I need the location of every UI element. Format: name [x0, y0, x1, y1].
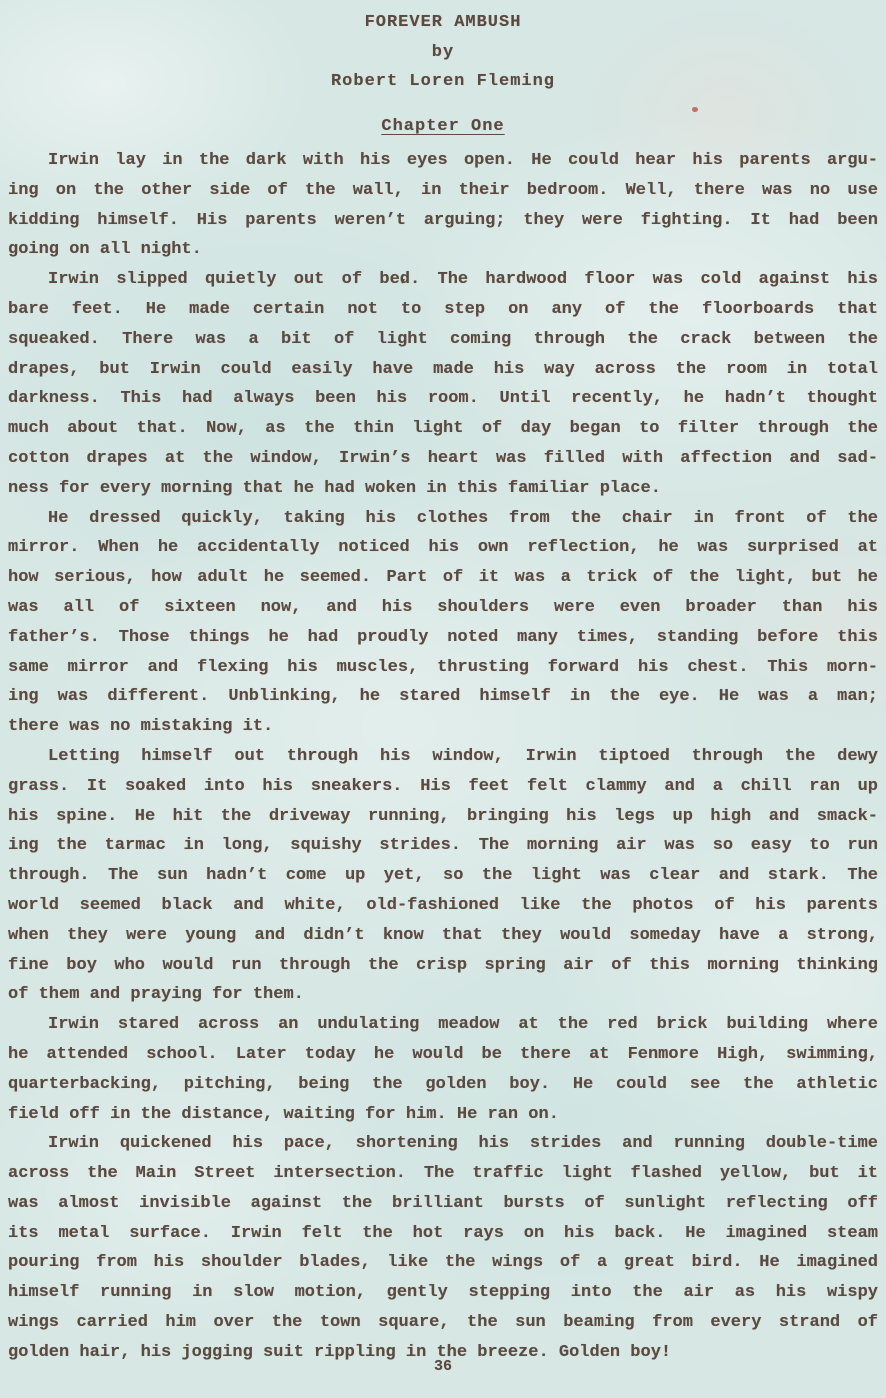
text-line: Irwin slipped quietly out of bed. The ha… — [8, 265, 878, 295]
page-number: 36 — [0, 1358, 886, 1375]
text-line: through. The sun hadn’t come up yet, so … — [8, 861, 878, 891]
title-block: FOREVER AMBUSH by Robert Loren Fleming — [0, 8, 886, 97]
text-line: Irwin stared across an undulating meadow… — [8, 1010, 878, 1040]
text-line: ness for every morning that he had woken… — [8, 474, 878, 504]
text-line: he attended school. Later today he would… — [8, 1040, 878, 1070]
text-line: squeaked. There was a bit of light comin… — [8, 325, 878, 355]
text-line: quarterbacking, pitching, being the gold… — [8, 1070, 878, 1100]
text-line: ing was different. Unblinking, he stared… — [8, 682, 878, 712]
text-line: father’s. Those things he had proudly no… — [8, 623, 878, 653]
text-line: darkness. This had always been his room.… — [8, 384, 878, 414]
text-line: was all of sixteen now, and his shoulder… — [8, 593, 878, 623]
text-line: much about that. Now, as the thin light … — [8, 414, 878, 444]
text-line: himself running in slow motion, gently s… — [8, 1278, 878, 1308]
text-line: was almost invisible against the brillia… — [8, 1189, 878, 1219]
text-line: wings carried him over the town square, … — [8, 1308, 878, 1338]
red-ink-speck — [691, 106, 698, 112]
author-name: Robert Loren Fleming — [0, 67, 886, 97]
manuscript-page: FOREVER AMBUSH by Robert Loren Fleming C… — [0, 0, 886, 1398]
text-line: kidding himself. His parents weren’t arg… — [8, 206, 878, 236]
text-line: its metal surface. Irwin felt the hot ra… — [8, 1219, 878, 1249]
text-line: how serious, how adult he seemed. Part o… — [8, 563, 878, 593]
text-line: when they were young and didn’t know tha… — [8, 921, 878, 951]
text-line: across the Main Street intersection. The… — [8, 1159, 878, 1189]
text-line: bare feet. He made certain not to step o… — [8, 295, 878, 325]
text-line: grass. It soaked into his sneakers. His … — [8, 772, 878, 802]
text-line: Letting himself out through his window, … — [8, 742, 878, 772]
text-line: going on all night. — [8, 235, 878, 265]
text-line: his spine. He hit the driveway running, … — [8, 802, 878, 832]
text-line: there was no mistaking it. — [8, 712, 878, 742]
text-line: cotton drapes at the window, Irwin’s hea… — [8, 444, 878, 474]
text-line: field off in the distance, waiting for h… — [8, 1100, 878, 1130]
byline: by — [0, 38, 886, 68]
text-line: of them and praying for them. — [8, 980, 878, 1010]
text-line: pouring from his shoulder blades, like t… — [8, 1248, 878, 1278]
text-line: fine boy who would run through the crisp… — [8, 951, 878, 981]
page-title: FOREVER AMBUSH — [0, 8, 886, 38]
text-line: mirror. When he accidentally noticed his… — [8, 533, 878, 563]
body-text: Irwin lay in the dark with his eyes open… — [8, 146, 878, 1368]
text-line: ing the tarmac in long, squishy strides.… — [8, 831, 878, 861]
text-line: Irwin quickened his pace, shortening his… — [8, 1129, 878, 1159]
text-line: He dressed quickly, taking his clothes f… — [8, 504, 878, 534]
text-line: ing on the other side of the wall, in th… — [8, 176, 878, 206]
text-line: world seemed black and white, old-fashio… — [8, 891, 878, 921]
text-line: drapes, but Irwin could easily have made… — [8, 355, 878, 385]
chapter-heading: Chapter One — [0, 117, 886, 136]
text-line: same mirror and flexing his muscles, thr… — [8, 653, 878, 683]
text-line: Irwin lay in the dark with his eyes open… — [8, 146, 878, 176]
